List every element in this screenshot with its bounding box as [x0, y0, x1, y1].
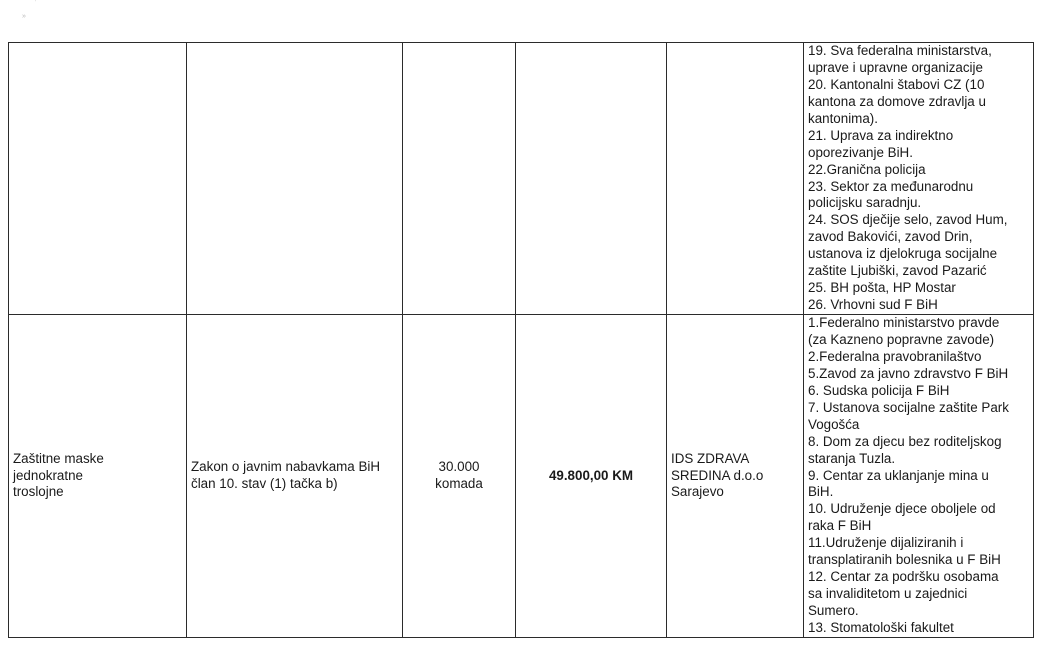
scan-artifact: '	[35, 0, 36, 6]
recipient-line: BiH.	[808, 484, 1029, 501]
quantity-cell: 30.000 komada	[403, 315, 516, 638]
item-name: Zaštitne maske jednokratne troslojne	[13, 451, 133, 502]
recipient-line: staranja Tuzla.	[808, 451, 1029, 468]
recipient-line: 21. Uprava za indirektno	[808, 128, 1029, 145]
value-cell	[516, 43, 667, 315]
value-text: 49.800,00 KM	[549, 468, 633, 483]
recipient-line: 23. Sektor za međunarodnu	[808, 179, 1029, 196]
procurement-table: 19. Sva federalna ministarstva,uprave i …	[8, 42, 1034, 638]
recipient-line: ustanova iz djelokruga socijalne	[808, 246, 1029, 263]
legal-basis-cell: Zakon o javnim nabavkama BiH član 10. st…	[187, 315, 403, 638]
recipient-line: uprave i upravne organizacije	[808, 60, 1029, 77]
legal-basis-text: Zakon o javnim nabavkama BiH član 10. st…	[191, 459, 381, 493]
recipient-line: raka F BiH	[808, 518, 1029, 535]
recipient-line: 25. BH pošta, HP Mostar	[808, 280, 1029, 297]
recipient-line: 22.Granična policija	[808, 162, 1029, 179]
recipients-list: 1.Federalno ministarstvo pravde(za Kazne…	[808, 315, 1029, 636]
recipient-line: 12. Centar za podršku osobama	[808, 569, 1029, 586]
recipient-line: 1.Federalno ministarstvo pravde	[808, 315, 1029, 332]
recipient-line: 13. Stomatološki fakultet	[808, 620, 1029, 637]
item-cell: Zaštitne maske jednokratne troslojne	[9, 315, 187, 638]
supplier-cell: IDS ZDRAVA SREDINA d.o.o Sarajevo	[667, 315, 804, 638]
recipients-cell: 1.Federalno ministarstvo pravde(za Kazne…	[804, 315, 1034, 638]
quantity-cell	[403, 43, 516, 315]
recipient-line: 24. SOS dječije selo, zavod Hum,	[808, 212, 1029, 229]
recipient-line: sa invaliditetom u zajednici	[808, 586, 1029, 603]
legal-basis-cell	[187, 43, 403, 315]
table-row: 19. Sva federalna ministarstva,uprave i …	[9, 43, 1034, 315]
supplier-text: IDS ZDRAVA SREDINA d.o.o Sarajevo	[671, 451, 781, 502]
recipient-line: Sumero.	[808, 603, 1029, 620]
recipient-line: 11.Udruženje dijaliziranih i	[808, 535, 1029, 552]
recipient-line: 8. Dom za djecu bez roditeljskog	[808, 434, 1029, 451]
recipient-line: 5.Zavod za javno zdravstvo F BiH	[808, 366, 1029, 383]
recipient-line: 10. Udruženje djece oboljele od	[808, 501, 1029, 518]
table-row: Zaštitne maske jednokratne troslojne Zak…	[9, 315, 1034, 638]
recipient-line: kantonima).	[808, 111, 1029, 128]
value-cell: 49.800,00 KM	[516, 315, 667, 638]
recipient-line: kantona za domove zdravlja u	[808, 94, 1029, 111]
quantity-text: 30.000 komada	[429, 459, 489, 493]
recipient-line: Vogošća	[808, 417, 1029, 434]
recipient-line: 9. Centar za uklanjanje mina u	[808, 468, 1029, 485]
recipient-line: 19. Sva federalna ministarstva,	[808, 43, 1029, 60]
recipient-line: 2.Federalna pravobranilaštvo	[808, 349, 1029, 366]
recipient-line: zavod Bakovići, zavod Drin,	[808, 229, 1029, 246]
recipient-line: policijsku saradnju.	[808, 195, 1029, 212]
recipient-line: 7. Ustanova socijalne zaštite Park	[808, 400, 1029, 417]
recipient-line: 26. Vrhovni sud F BiH	[808, 297, 1029, 314]
recipient-line: 20. Kantonalni štabovi CZ (10	[808, 77, 1029, 94]
recipient-line: oporezivanje BiH.	[808, 145, 1029, 162]
recipient-line: (za Kazneno popravne zavode)	[808, 332, 1029, 349]
supplier-cell	[667, 43, 804, 315]
recipient-line: 6. Sudska policija F BiH	[808, 383, 1029, 400]
recipient-line: transplatiranih bolesnika u F BiH	[808, 552, 1029, 569]
scan-artifact: »	[22, 13, 26, 20]
recipients-cell: 19. Sva federalna ministarstva,uprave i …	[804, 43, 1034, 315]
recipients-list: 19. Sva federalna ministarstva,uprave i …	[808, 43, 1029, 314]
item-cell	[9, 43, 187, 315]
recipient-line: zaštite Ljubiški, zavod Pazarić	[808, 263, 1029, 280]
